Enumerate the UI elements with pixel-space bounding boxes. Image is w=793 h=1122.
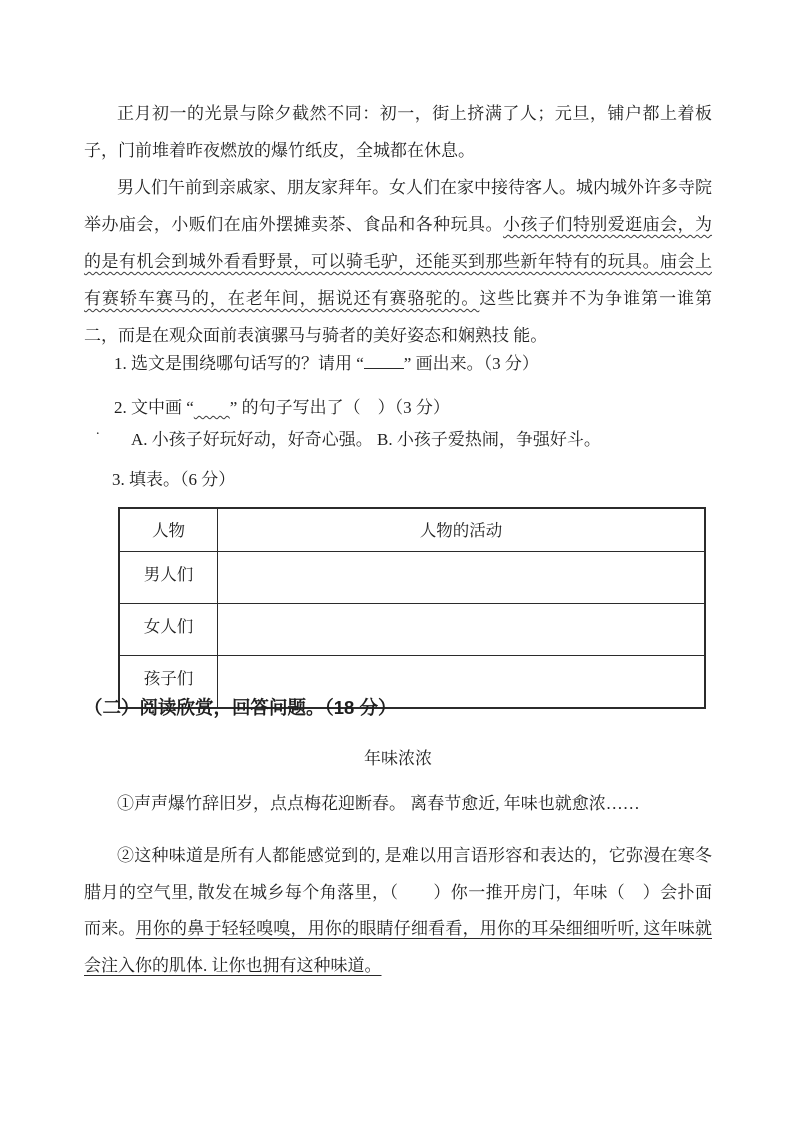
table-header-person: 人物	[119, 508, 218, 552]
question-1-blank-line	[364, 353, 404, 369]
table-row-label: 男人们	[119, 552, 218, 604]
table-row-label: 女人们	[119, 604, 218, 656]
question-1: 1. 选文是围绕哪句话写的？请用 “” 画出来。（3 分）	[114, 345, 694, 382]
question-1-suffix: ” 画出来。（3 分）	[404, 354, 539, 373]
passage1-paragraph1: 正月初一的光景与除夕截然不同：初一，街上挤满了人；元旦，铺户都上着板子，门前堆着…	[84, 95, 712, 169]
fill-table-container: 人物 人物的活动 男人们 女人们 孩子们	[118, 507, 706, 709]
question-2-wavy-mark: ～～	[194, 398, 230, 417]
table-row: 女人们	[119, 604, 705, 656]
passage1-paragraph1-text: 正月初一的光景与除夕截然不同：初一，街上挤满了人；元旦，铺户都上着板子，门前堆着…	[84, 104, 712, 160]
question-1-prefix: 1. 选文是围绕哪句话写的？请用 “	[114, 354, 364, 373]
table-row-answer-cell	[218, 552, 706, 604]
table-header-activity: 人物的活动	[218, 508, 706, 552]
passage1-paragraph2: 男人们午前到亲戚家、朋友家拜年。女人们在家中接待客人。城内城外许多寺院举办庙会，…	[84, 169, 712, 354]
question-2-options: A. 小孩子好玩好动，好奇心强。 B. 小孩子爱热闹，争强好斗。	[131, 421, 701, 458]
passage2-paragraph2: ②这种味道是所有人都能感觉到的, 是难以用言语形容和表达的，它弥漫在寒冬腊月的空…	[84, 838, 712, 984]
passage2-paragraph2-underlined: 用你的鼻于轻轻嗅嗅，用你的眼睛仔细看看，用你的耳朵细细听听, 这年味就会注入你的…	[84, 919, 712, 975]
passage2-title: 年味浓浓	[84, 740, 712, 777]
section-2-heading: （二）阅读欣赏，回答问题。（18 分）	[84, 688, 724, 728]
exam-page: 正月初一的光景与除夕截然不同：初一，街上挤满了人；元旦，铺户都上着板子，门前堆着…	[0, 0, 793, 1122]
passage2-paragraph1-text: ①声声爆竹辞旧岁，点点梅花迎断春。 离春节愈近, 年味也就愈浓……	[117, 794, 640, 813]
passage2-paragraph1: ①声声爆竹辞旧岁，点点梅花迎断春。 离春节愈近, 年味也就愈浓……	[84, 785, 712, 822]
question-3: 3. 填表。（6 分）	[112, 461, 682, 498]
stray-scan-mark: .	[96, 424, 100, 438]
table-row-answer-cell	[218, 604, 706, 656]
table-header-row: 人物 人物的活动	[119, 508, 705, 552]
question-2-suffix: ” 的句子写出了（ ）（3 分）	[230, 398, 450, 417]
table-row: 男人们	[119, 552, 705, 604]
fill-table: 人物 人物的活动 男人们 女人们 孩子们	[118, 507, 706, 709]
question-2-prefix: 2. 文中画 “	[114, 398, 194, 417]
